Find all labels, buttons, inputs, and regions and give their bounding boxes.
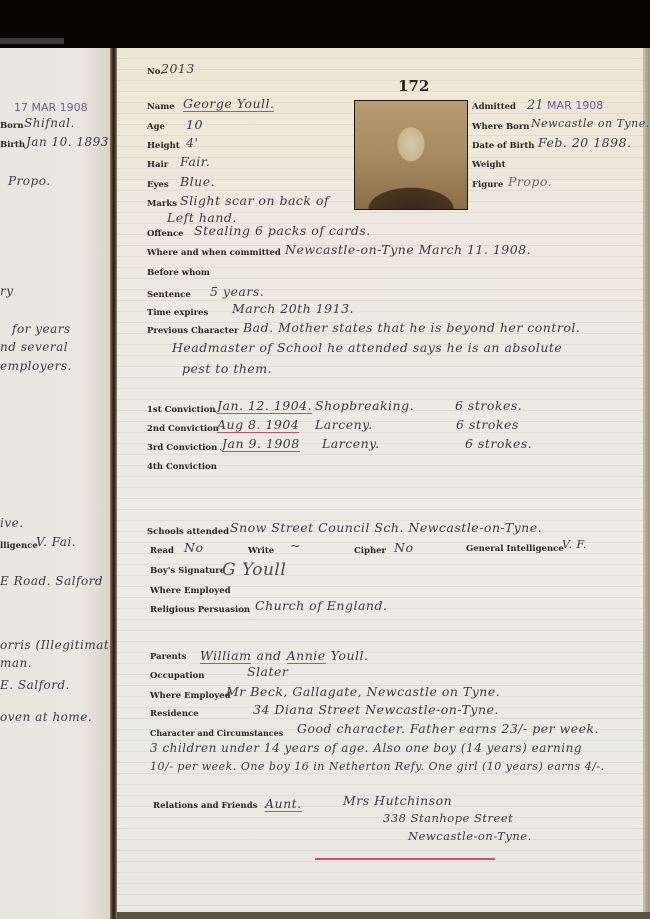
- conviction-label: 3rd Conviction: [147, 443, 217, 453]
- hair-label: Hair: [147, 160, 168, 170]
- prev-character-line3: pest to them.: [182, 361, 272, 376]
- left-fragment: E Road. Salford: [0, 574, 103, 588]
- dob-label: Date of Birth: [472, 141, 534, 151]
- marks-line1: Slight scar on back of: [180, 193, 329, 208]
- signature-label: Boy's Signature: [150, 566, 225, 576]
- weight-label: Weight: [472, 160, 506, 170]
- circumstances-line1: Good character. Father earns 23/- per we…: [297, 721, 599, 736]
- time-expires-label: Time expires: [147, 308, 208, 318]
- page-number: 172: [398, 77, 429, 95]
- residence-label: Residence: [150, 709, 199, 719]
- relation-name: Mrs Hutchinson: [343, 793, 452, 808]
- residence-value: 34 Diana Street Newcastle-on-Tyne.: [253, 702, 499, 717]
- parents-surname: Youll.: [331, 648, 369, 663]
- relation-address-line2: Newcastle-on-Tyne.: [408, 829, 532, 843]
- left-intelligence-label: lligence: [0, 541, 38, 551]
- left-born-label: Born: [0, 121, 24, 131]
- sentence-label: Sentence: [147, 290, 191, 300]
- parents-label: Parents: [150, 652, 186, 662]
- conviction-offence: Larceny.: [315, 417, 373, 432]
- parents-and: and: [257, 648, 282, 663]
- read-value: No: [184, 540, 203, 555]
- circumstances-line2: 3 children under 14 years of age. Also o…: [150, 741, 582, 755]
- conviction-label: 1st Conviction: [147, 405, 216, 415]
- relation-address-line1: 338 Stanhope Street: [383, 811, 513, 825]
- left-page: 17 MAR 1908 Born Shifnal. Birth Jan 10. …: [0, 48, 112, 919]
- left-born-value: Shifnal.: [24, 116, 75, 130]
- conviction-date: Jan. 12. 1904.: [217, 398, 312, 414]
- boy-signature: G Youll: [222, 560, 286, 580]
- height-label: Height: [147, 141, 180, 151]
- religion-value: Church of England.: [255, 598, 387, 613]
- parent-employed-value: Mr Beck, Gallagate, Newcastle on Tyne.: [226, 684, 500, 699]
- height-value: 4': [186, 135, 198, 150]
- conviction-date: Aug 8. 1904: [217, 417, 299, 433]
- conviction-offence: Larceny.: [322, 436, 380, 451]
- left-intelligence-value: V. Fai.: [36, 535, 76, 549]
- age-value: 10: [186, 117, 203, 132]
- end-of-entry-rule: [315, 858, 495, 860]
- record-no: 2013: [161, 61, 195, 76]
- eyes-label: Eyes: [147, 180, 169, 190]
- left-fragment: for years: [12, 322, 71, 336]
- schools-value: Snow Street Council Sch. Newcastle-on-Ty…: [230, 520, 542, 535]
- committed-value: Newcastle-on-Tyne March 11. 1908.: [285, 242, 531, 257]
- left-figure-value: Propo.: [8, 174, 51, 188]
- left-admitted-stamp: 17 MAR 1908: [14, 101, 88, 114]
- left-fragment: orris (Illegitimate): [0, 638, 112, 652]
- relation-type: Aunt.: [265, 796, 302, 812]
- hair-value: Fair.: [180, 154, 210, 169]
- religion-label: Religious Persuasion: [150, 605, 250, 615]
- prev-character-line2: Headmaster of School he attended says he…: [172, 340, 562, 355]
- where-employed-label: Where Employed: [150, 586, 231, 596]
- page-edge: [643, 48, 650, 919]
- where-born-label: Where Born: [472, 122, 530, 132]
- conviction-punishment: 6 strokes.: [455, 398, 522, 413]
- prev-character-label: Previous Character: [147, 326, 238, 336]
- intelligence-value: V. F.: [562, 538, 587, 551]
- father-name: William: [200, 648, 251, 664]
- occupation-value: Slater: [247, 664, 288, 679]
- left-fragment: oven at home.: [0, 710, 92, 724]
- write-value: ~: [290, 538, 301, 553]
- conviction-punishment: 6 strokes: [456, 417, 519, 432]
- book-bottom-edge: [117, 912, 650, 919]
- circumstances-label: Character and Circumstances: [150, 728, 283, 738]
- write-label: Write: [248, 546, 274, 556]
- left-fragment: nd several: [0, 340, 68, 354]
- intelligence-label: General Intelligence: [466, 544, 564, 554]
- age-label: Age: [147, 122, 165, 132]
- offence-value: Stealing 6 packs of cards.: [194, 223, 371, 238]
- conviction-date: Jan 9. 1908: [222, 436, 300, 452]
- sentence-value: 5 years.: [210, 284, 264, 299]
- occupation-label: Occupation: [150, 671, 204, 681]
- admitted-label: Admitted: [472, 102, 516, 112]
- figure-value: Propo.: [508, 174, 552, 189]
- parent-employed-label: Where Employed: [150, 691, 231, 701]
- read-label: Read: [150, 546, 174, 556]
- parents-value: William and Annie Youll.: [200, 645, 368, 664]
- time-expires-value: March 20th 1913.: [232, 301, 354, 316]
- prev-character-line1: Bad. Mother states that he is beyond her…: [243, 320, 580, 335]
- left-fragment: ive.: [0, 516, 24, 530]
- name-label: Name: [147, 102, 175, 112]
- before-whom-label: Before whom: [147, 268, 210, 278]
- offence-label: Offence: [147, 229, 184, 239]
- left-fragment: E. Salford.: [0, 678, 70, 692]
- figure-label: Figure: [472, 180, 503, 190]
- marks-label: Marks: [147, 199, 177, 209]
- conviction-label: 4th Conviction: [147, 462, 217, 472]
- left-dob-label: Birth: [0, 140, 25, 150]
- dob-value: Feb. 20 1898.: [538, 135, 632, 150]
- cipher-label: Cipher: [354, 546, 386, 556]
- left-fragment: ry: [0, 284, 14, 298]
- relations-label: Relations and Friends: [153, 801, 257, 811]
- eyes-value: Blue.: [180, 174, 215, 189]
- admitted-day: 21: [527, 98, 544, 113]
- circumstances-line3: 10/- per week. One boy 16 in Netherton R…: [150, 760, 605, 773]
- name-value: George Youll.: [183, 96, 274, 112]
- conviction-label: 2nd Conviction: [147, 424, 219, 434]
- boy-portrait-photo: [354, 100, 468, 210]
- left-fragment: employers.: [0, 359, 72, 373]
- bookmark-ribbon: [0, 38, 64, 44]
- cipher-value: No: [394, 540, 413, 555]
- conviction-offence: Shopbreaking.: [315, 398, 414, 413]
- admitted-month-year: MAR 1908: [547, 99, 603, 112]
- admitted-stamp: 21 MAR 1908: [527, 98, 603, 113]
- left-dob-value: Jan 10. 1893.: [26, 135, 112, 149]
- where-born-value: Newcastle on Tyne.: [531, 117, 650, 130]
- mother-name: Annie: [287, 648, 326, 664]
- left-fragment: man.: [0, 656, 32, 670]
- committed-label: Where and when committed: [147, 248, 281, 258]
- book-cover-top: [0, 0, 650, 50]
- schools-label: Schools attended: [147, 527, 229, 537]
- conviction-punishment: 6 strokes.: [465, 436, 532, 451]
